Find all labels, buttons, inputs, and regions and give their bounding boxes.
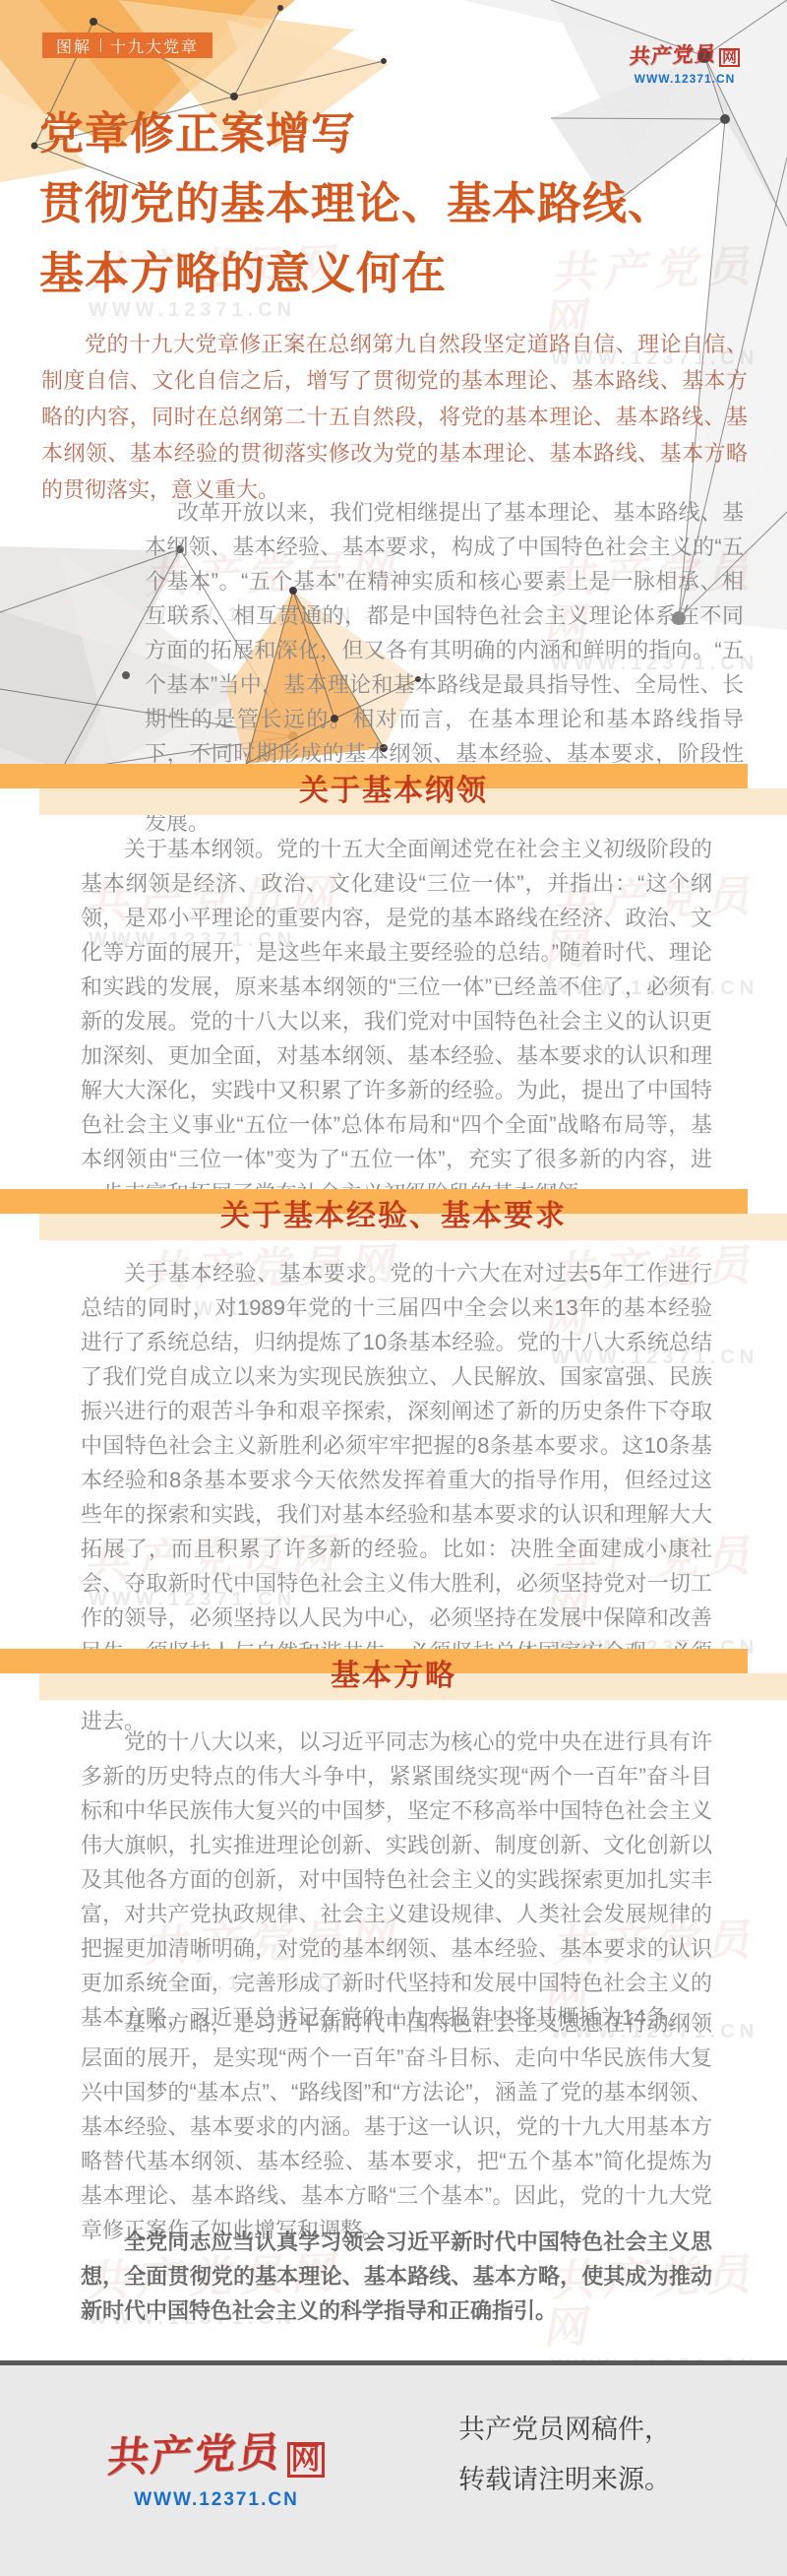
badge-tujie: 图解 十九大党章 bbox=[42, 32, 212, 58]
title-line-2: 贯彻党的基本理论、基本路线、 bbox=[39, 168, 763, 238]
intro-paragraph-1: 党的十九大党章修正案在总纲第九自然段坚定道路自信、理论自信、制度自信、文化自信之… bbox=[41, 326, 748, 508]
section-paragraph-fanglue-1: 党的十八大以来，以习近平同志为核心的党中央在进行具有许多新的历史特点的伟大斗争中… bbox=[81, 1725, 712, 2035]
title-line-3: 基本方略的意义何在 bbox=[39, 238, 763, 308]
footer-note-line-1: 共产党员网稿件， bbox=[458, 2415, 671, 2444]
site-logo-wordmark: 共产党员网 bbox=[626, 39, 744, 69]
footer-logo-script: 共产党员 bbox=[105, 2419, 285, 2484]
footer-note-line-2: 转载请注明来源。 bbox=[458, 2465, 671, 2494]
badge-topic: 十九大党章 bbox=[110, 34, 199, 57]
footer-body: 共产党员网 WWW.12371.CN 共产党员网稿件， 转载请注明来源。 bbox=[0, 2365, 787, 2576]
section-ribbon-gangling: 关于基本纲领 bbox=[0, 764, 787, 815]
page-title: 党章修正案增写 贯彻党的基本理论、基本路线、 基本方略的意义何在 bbox=[39, 98, 763, 308]
footer-logo-wordmark: 共产党员网 bbox=[108, 2422, 325, 2482]
section-ribbon-jingyan: 关于基本经验、基本要求 bbox=[0, 1189, 787, 1240]
section-paragraph-gangling: 关于基本纲领。党的十五大全面阐述党在社会主义初级阶段的基本纲领是经济、政治、文化… bbox=[81, 832, 712, 1211]
badge-divider-bar bbox=[100, 38, 101, 52]
section-paragraph-fanglue-2: 基本方略，是习近平新时代中国特色社会主义思想在行动纲领层面的展开，是实现“两个一… bbox=[81, 2006, 712, 2247]
footer-logo-boxed-char: 网 bbox=[287, 2442, 325, 2478]
emphasis-paragraph-conclusion: 全党同志应当认真学习领会习近平新时代中国特色社会主义思想，全面贯彻党的基本理论、… bbox=[81, 2225, 712, 2328]
footer-note: 共产党员网稿件， 转载请注明来源。 bbox=[458, 2405, 671, 2505]
infographic-page: 共产党员网WWW.12371.CN 共产党员网WWW.12371.CN 共产党员… bbox=[0, 0, 787, 2576]
section-heading-gangling: 关于基本纲领 bbox=[0, 766, 787, 809]
site-logo-script: 共产党员 bbox=[628, 37, 718, 70]
footer-logo: 共产党员网 WWW.12371.CN bbox=[108, 2422, 325, 2511]
site-logo-url: WWW.12371.CN bbox=[626, 72, 744, 86]
section-heading-fanglue: 基本方略 bbox=[0, 1651, 787, 1694]
section-ribbon-fanglue: 基本方略 bbox=[0, 1649, 787, 1700]
badge-prefix: 图解 bbox=[56, 34, 91, 57]
footer-logo-url: WWW.12371.CN bbox=[108, 2489, 325, 2511]
section-heading-jingyan: 关于基本经验、基本要求 bbox=[0, 1191, 787, 1234]
site-logo-boxed-char: 网 bbox=[719, 48, 740, 67]
footer: 共产党员网 WWW.12371.CN 共产党员网稿件， 转载请注明来源。 bbox=[0, 2360, 787, 2576]
site-logo: 共产党员网 WWW.12371.CN bbox=[626, 39, 744, 86]
title-line-1: 党章修正案增写 bbox=[39, 98, 763, 168]
